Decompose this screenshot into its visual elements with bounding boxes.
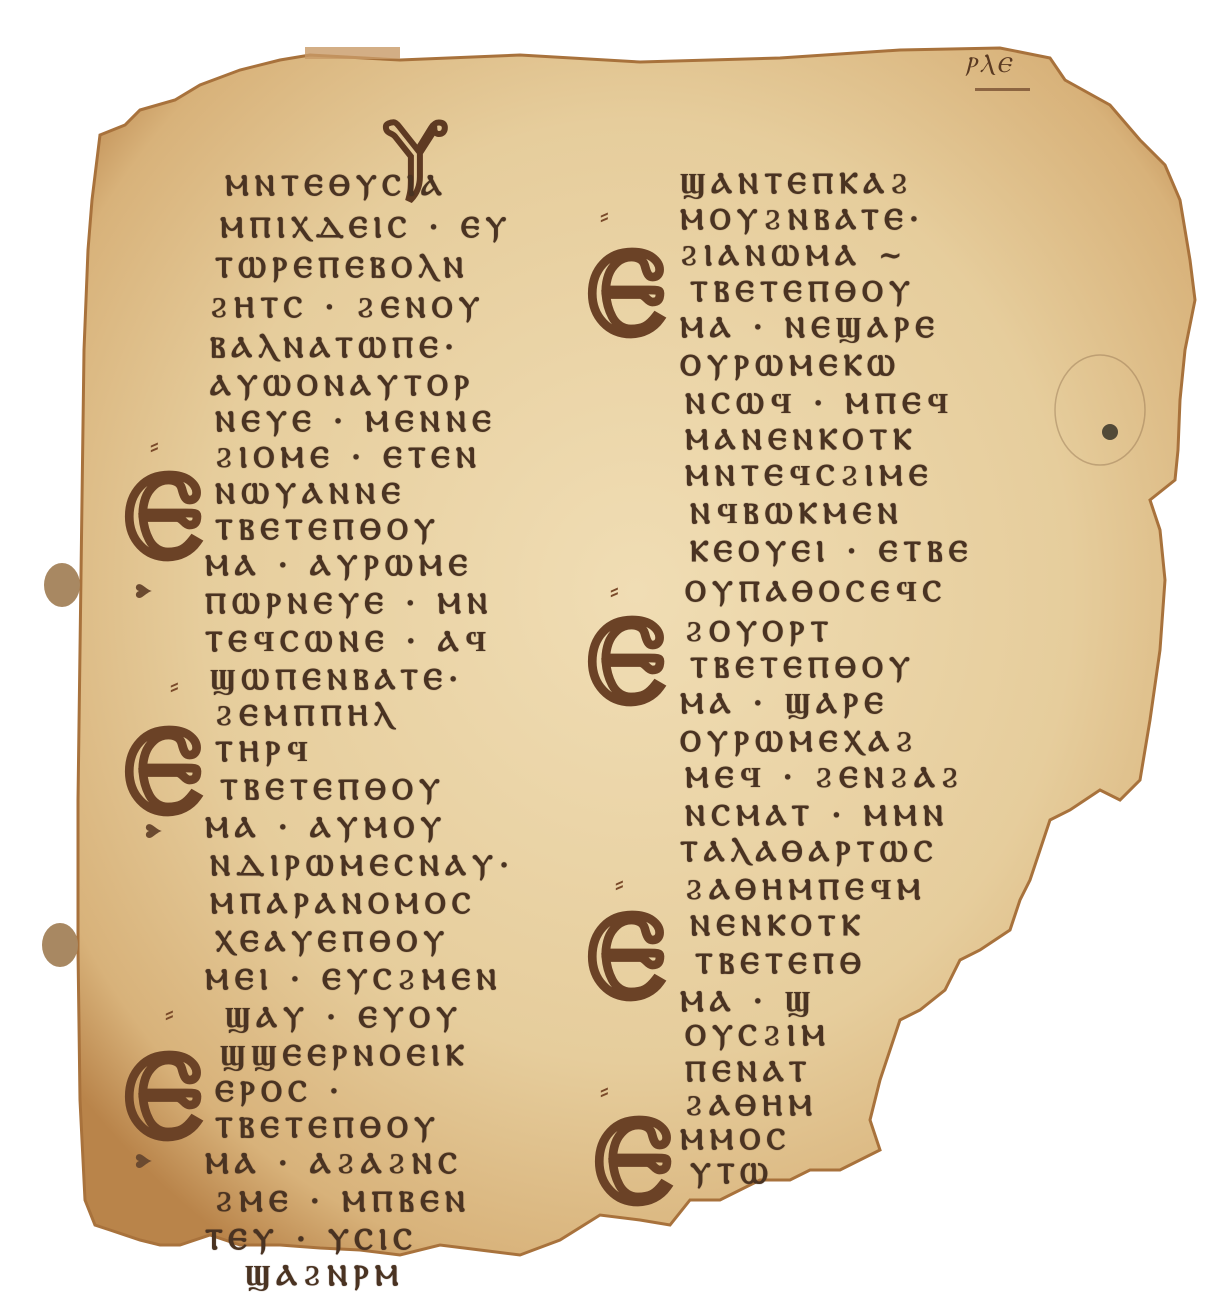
text-line: ⲔⲈⲞⲨⲈⲒ · ⲈⲦⲂⲈ <box>690 536 973 566</box>
paragraph-mark: ⸗ <box>165 998 174 1029</box>
text-line: ⲦⲈϤⲤⲰⲚⲈ · ⲀϤ <box>205 626 492 656</box>
text-line: ⲚⲆⲒⲢⲰⲘⲈⲤⲚⲀⲨ· <box>210 850 515 880</box>
heart-ornament: ♥ <box>127 583 159 600</box>
text-line: ⲘⲀ · ϢⲀⲢⲈ <box>680 688 889 718</box>
text-line: ⲞⲨⲠⲀⲐⲞⲤⲈϤⲤ <box>685 576 947 606</box>
text-line: ⲦⲂⲈⲦⲈⲠⲐⲞⲨ <box>690 276 916 306</box>
text-line: ⲦⲀⲖⲀⲐⲀⲢⲦⲰⲤ <box>680 836 939 866</box>
text-line: ⲘⲀ · ⲀⲨⲢⲰⲘⲈ <box>205 550 473 580</box>
text-line: ⲘⲀ · ⲚⲈϢⲀⲢⲈ <box>680 312 940 342</box>
text-line: ⲦⲂⲈⲦⲈⲠⲐⲞⲨ <box>215 514 441 544</box>
text-line: ⲠⲰⲢⲚⲈⲨⲈ · ⲘⲚ <box>205 588 493 618</box>
manuscript-leaf: ⲢⲖⲈ Ⲩ ⲘⲚⲦⲈⲐⲨⲤⲒⲀ ⲘⲠⲒⲬⲆⲈⲒⲤ · ⲈⲨ ⲦⲰⲢⲈⲠⲈⲂⲞⲖⲚ… <box>0 0 1231 1300</box>
text-line: ⲠⲈⲚⲀⲦ <box>685 1056 813 1086</box>
text-line: ⲬⲈⲀⲨⲈⲠⲐⲞⲨ <box>215 926 450 956</box>
paragraph-mark: ⸗ <box>610 575 619 606</box>
text-line: ⲞⲨⲤϨⲒⲘ <box>685 1020 831 1050</box>
text-line: ϢⲰⲠⲈⲚⲂⲀⲦⲈ· <box>210 664 464 694</box>
text-line: ⲘⲀ · Ϣ <box>680 986 816 1016</box>
text-line: ⲦⲂⲈⲦⲈⲠⲐⲞⲨ <box>690 652 916 682</box>
text-line: ⲦⲎⲢϤ <box>215 736 313 766</box>
decorated-initial: Ⲉ <box>125 710 201 828</box>
text-line: ϨⲎⲦⲤ · ϨⲈⲚⲞⲨ <box>210 292 486 322</box>
text-line: ϢⲀⲨ · ⲈⲨⲞⲨ <box>225 1002 463 1032</box>
decorated-initial: Ⲉ <box>588 600 664 718</box>
text-line: ϨⲈⲘⲠⲠⲎⲖ <box>215 700 399 730</box>
text-line: ϢϢⲈⲈⲢⲚⲞⲈⲒⲔ <box>220 1040 470 1070</box>
text-line: ⲚϤⲂⲰⲔⲘⲈⲚ <box>690 498 904 528</box>
decorated-initial: Ⲉ <box>125 455 201 573</box>
text-line: ϨⲞⲨⲞⲢⲦ <box>685 616 834 646</box>
text-line: ⲘⲈⲒ · ⲈⲨⲤϨⲘⲈⲚ <box>205 964 503 994</box>
text-line: ϨⲘⲈ · ⲘⲠⲂⲈⲚ <box>215 1186 471 1216</box>
text-line: ⲘⲈϤ · ϨⲈⲚϨⲀϨ <box>685 762 965 792</box>
decorated-initial: Ⲉ <box>595 1100 671 1218</box>
text-line: ⲦⲈⲨ · ⲨⲤⲒⲤ <box>205 1224 418 1254</box>
paragraph-mark: ⸗ <box>615 868 624 899</box>
text-line: ϨⲀⲐⲎⲘⲠⲈϤⲘ <box>685 874 927 904</box>
text-line: ⲘⲠⲀⲢⲀⲚⲞⲘⲞⲤ <box>210 888 476 918</box>
decorated-initial: Ⲉ <box>588 232 664 350</box>
text-line: ⲞⲨⲢⲰⲘⲈⲔⲰ <box>680 350 901 380</box>
text-line: ϨⲒⲞⲘⲈ · ⲈⲦⲈⲚ <box>215 442 482 472</box>
text-line: ⲦⲂⲈⲦⲈⲠⲐⲞⲨ <box>220 774 446 804</box>
text-line: ⲨⲦⲰ <box>690 1158 774 1188</box>
text-line: ϢⲀⲚⲦⲈⲠⲔⲀϨ <box>680 168 914 198</box>
paragraph-mark: ⸗ <box>600 200 609 231</box>
text-line: ⲘⲞⲨϨⲚⲂⲀⲦⲈ· <box>680 204 925 234</box>
heart-ornament: ♥ <box>127 1153 159 1170</box>
text-line: ⲚⲤⲘⲀⲦ · ⲘⲘⲚ <box>685 800 949 830</box>
text-line: ⲦⲰⲢⲈⲠⲈⲂⲞⲖⲚ <box>215 252 469 282</box>
text-line: ⲘⲘⲞⲤ <box>680 1124 791 1154</box>
text-line: ⲦⲂⲈⲦⲈⲠⲐⲞⲨ <box>215 1112 441 1142</box>
text-line: ⲘⲀⲚⲈⲚⲔⲞⲦⲔ <box>685 424 917 454</box>
text-line: ⲘⲀ · ⲀⲨⲘⲞⲨ <box>205 812 447 842</box>
paragraph-mark: ⸗ <box>600 1075 609 1106</box>
paragraph-mark: ⸗ <box>170 670 179 701</box>
text-line: ⲞⲨⲢⲰⲘⲈⲬⲀϨ <box>680 726 919 756</box>
text-line: ⲘⲚⲦⲈⲐⲨⲤⲒⲀ <box>225 170 448 200</box>
decorated-initial: Ⲉ <box>125 1035 201 1153</box>
page-number-underline <box>975 88 1030 91</box>
page-number: ⲢⲖⲈ <box>965 53 1013 78</box>
text-line: ⲘⲚⲦⲈϤⲤϨⲒⲘⲈ <box>685 460 934 490</box>
text-line: ⲚⲤⲰϤ · ⲘⲠⲈϤ <box>685 388 954 418</box>
text-line: ⲘⲠⲒⲬⲆⲈⲒⲤ · ⲈⲨ <box>220 212 512 242</box>
text-line: ⲚⲈⲨⲈ · ⲘⲈⲚⲚⲈ <box>215 406 497 436</box>
text-line: ⲦⲂⲈⲦⲈⲠⲐ <box>695 948 867 978</box>
text-line: ϨⲀⲐⲎⲘ <box>685 1090 818 1120</box>
text-line: ⲘⲀ · ⲀϨⲀϨⲚⲤ <box>205 1148 463 1178</box>
paragraph-mark: ⸗ <box>150 430 159 461</box>
text-line: ϨⲒⲀⲚⲰⲘⲀ ~ <box>680 240 908 270</box>
decorated-initial: Ⲉ <box>588 895 664 1013</box>
text-line: ⲚⲰⲨⲀⲚⲚⲈ <box>215 478 406 508</box>
heart-ornament: ♥ <box>137 823 169 840</box>
text-line: ϢⲀϨⲚⲢⲘ <box>245 1260 404 1290</box>
text-line: ⲚⲈⲚⲔⲞⲦⲔ <box>690 910 866 940</box>
text-line: ⲈⲢⲞⲤ · <box>215 1076 345 1106</box>
text-line: ⲀⲨⲰⲞⲚⲀⲨⲦⲞⲢ <box>210 370 475 400</box>
text-line: ⲂⲀⲖⲚⲀⲦⲰⲠⲈ· <box>210 332 460 362</box>
